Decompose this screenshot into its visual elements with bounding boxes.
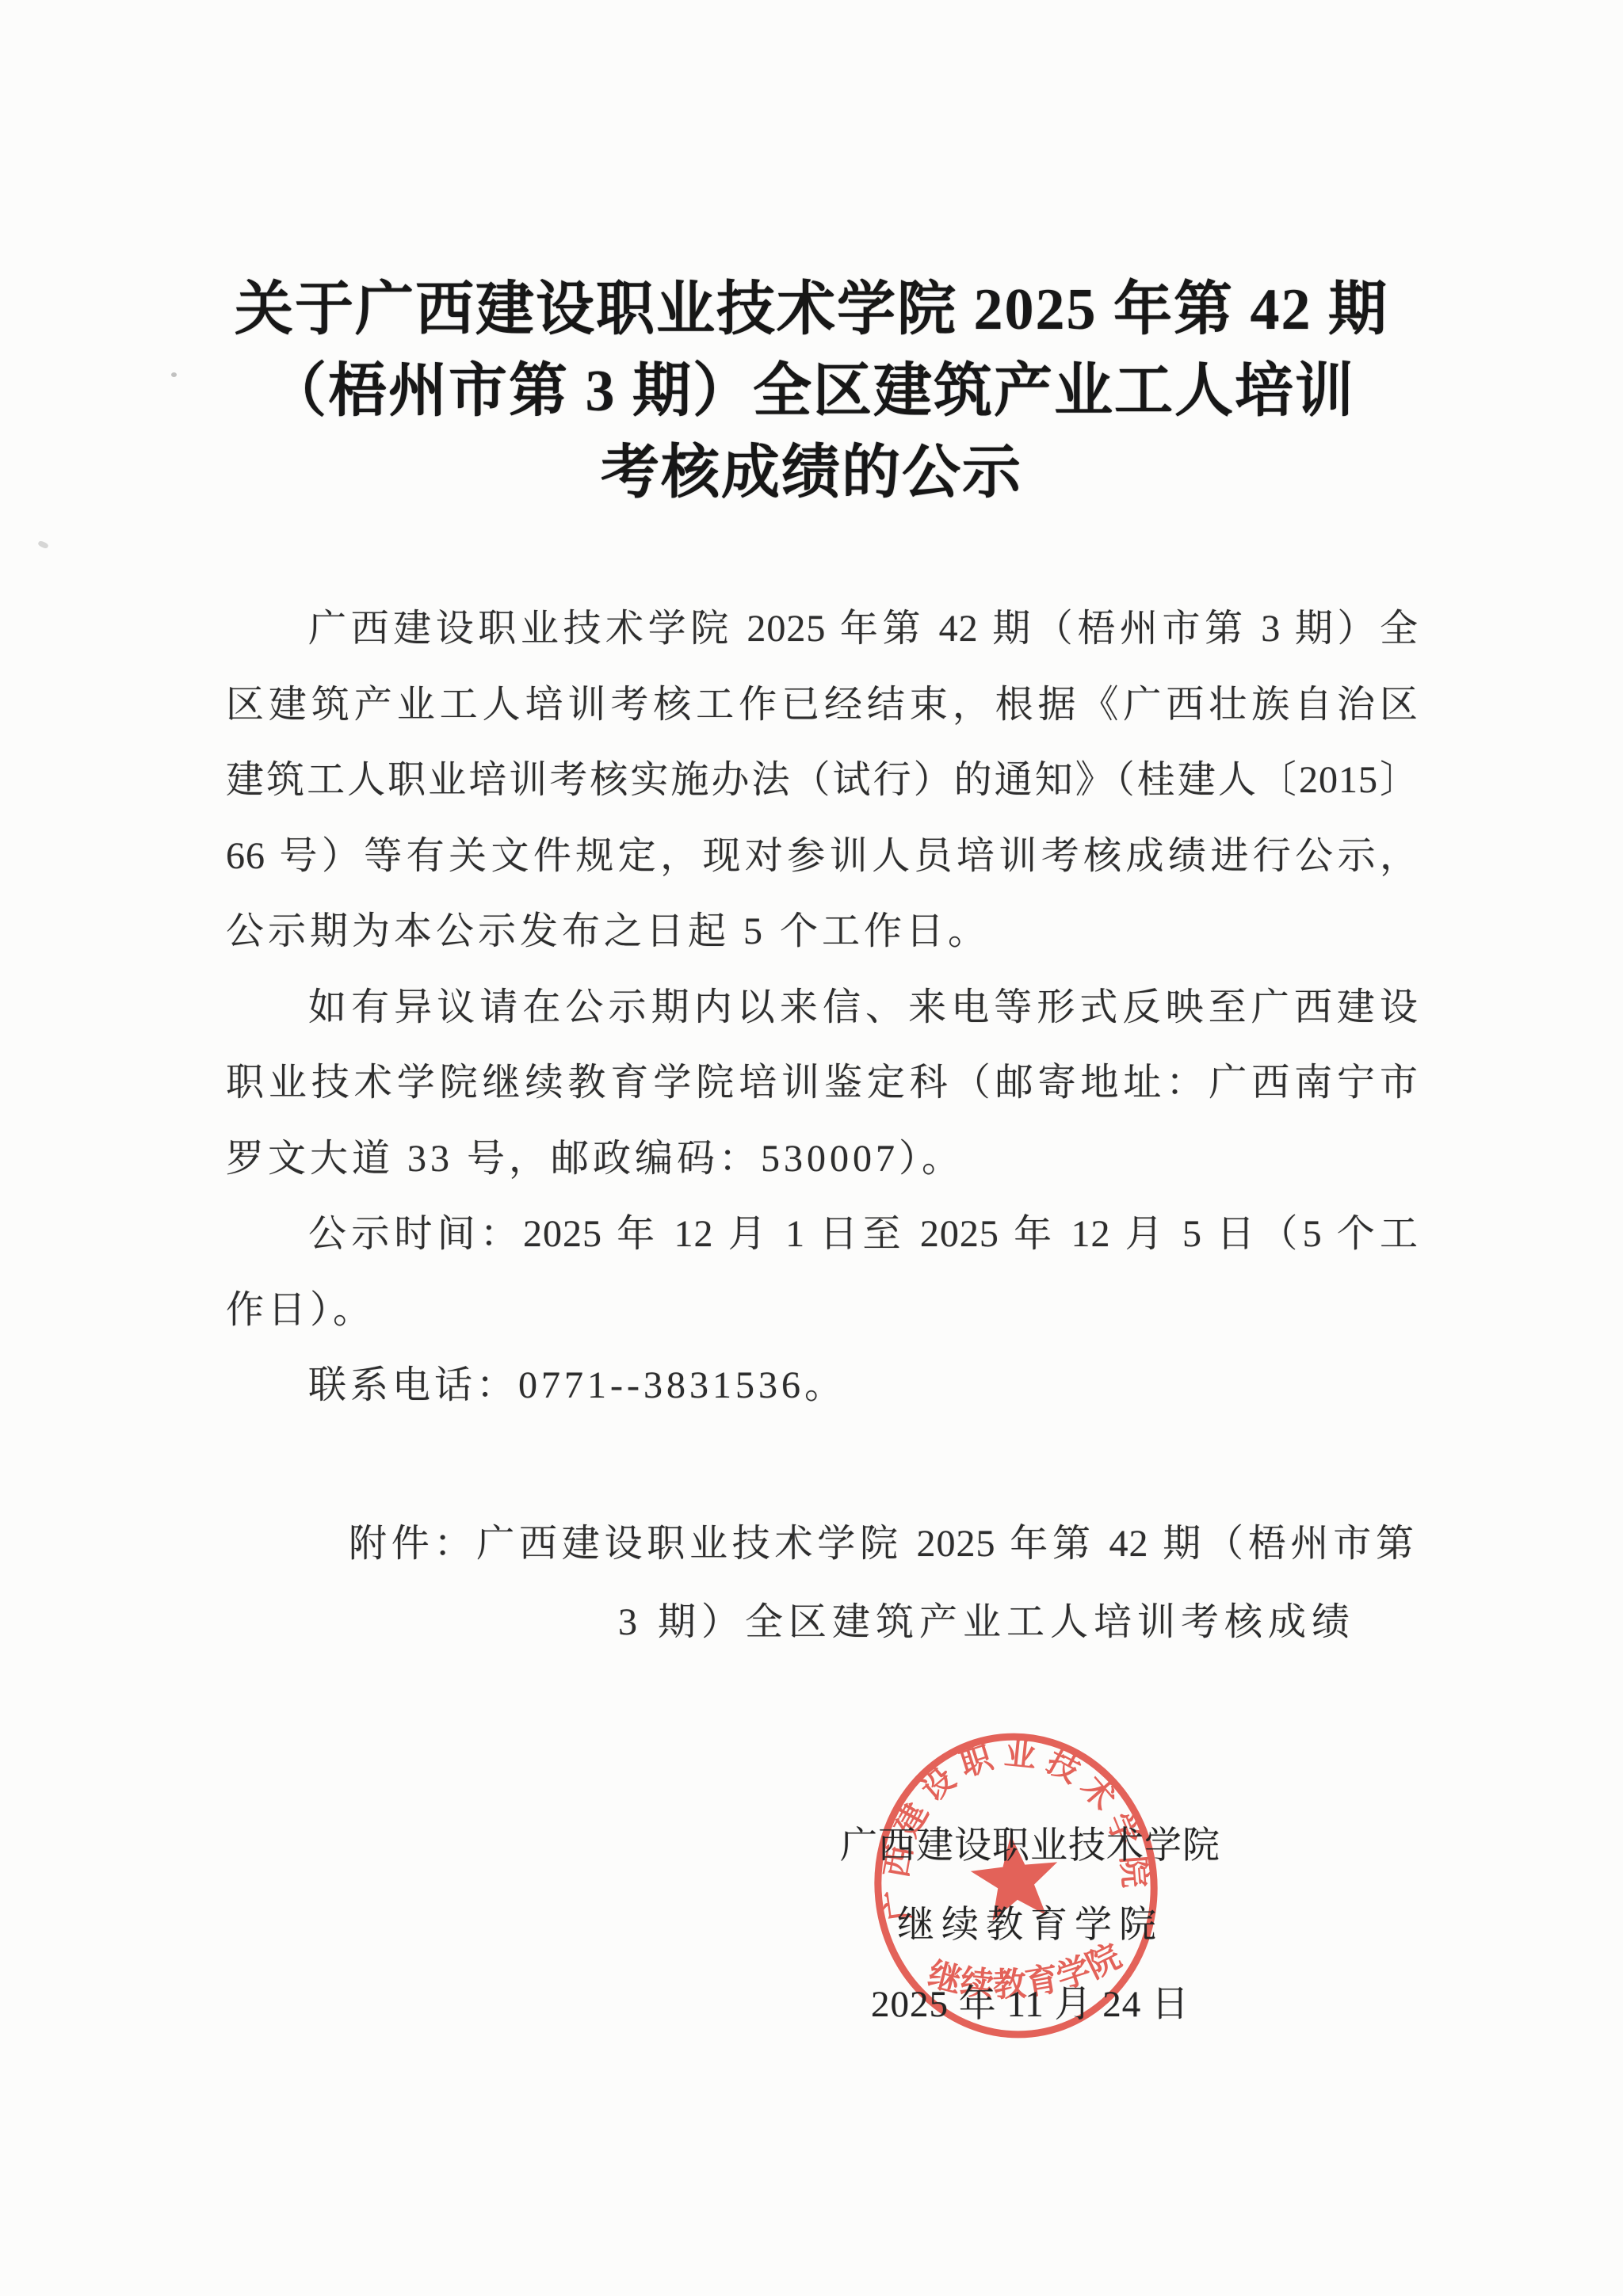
- title-line-1: 关于广西建设职业技术学院 2025 年第 42 期: [0, 269, 1623, 351]
- body-line: 公示时间：2025 年 12 月 1 日至 2025 年 12 月 5 日（5 …: [226, 1196, 1419, 1272]
- scanned-announcement-page: 关于广西建设职业技术学院 2025 年第 42 期 （梧州市第 3 期）全区建筑…: [0, 0, 1623, 2296]
- body-line: 联系电话：0771--3831536。: [226, 1348, 1419, 1424]
- body-line: 广西建设职业技术学院 2025 年第 42 期（梧州市第 3 期）全: [226, 591, 1419, 667]
- signature-org-line-2: 继续教育学院: [753, 1886, 1308, 1965]
- body-line: 职业技术学院继续教育学院培训鉴定科（邮寄地址：广西南宁市: [226, 1045, 1419, 1121]
- body-line: 66 号）等有关文件规定，现对参训人员培训考核成绩进行公示，: [226, 818, 1419, 894]
- attachment-note: 附件：广西建设职业技术学院 2025 年第 42 期（梧州市第 3 期）全区建筑…: [349, 1505, 1415, 1661]
- body-line: 罗文大道 33 号，邮政编码：530007）。: [226, 1121, 1419, 1197]
- body-line: 作日）。: [226, 1272, 1419, 1348]
- body-line: 如有异议请在公示期内以来信、来电等形式反映至广西建设: [226, 970, 1419, 1046]
- title-line-2: （梧州市第 3 期）全区建筑产业工人培训: [0, 351, 1623, 433]
- attachment-line-2: 3 期）全区建筑产业工人培训考核成绩: [618, 1583, 1415, 1661]
- signature-date: 2025 年 11 月 24 日: [753, 1965, 1308, 2044]
- document-title: 关于广西建设职业技术学院 2025 年第 42 期 （梧州市第 3 期）全区建筑…: [0, 269, 1623, 514]
- attachment-line-1: 附件：广西建设职业技术学院 2025 年第 42 期（梧州市第: [349, 1505, 1415, 1583]
- signature-block: 广西建设职业技术学院 继续教育学院 2025 年 11 月 24 日: [753, 1806, 1308, 2044]
- scan-artifact: [37, 540, 49, 550]
- title-line-3: 考核成绩的公示: [0, 433, 1623, 514]
- signature-org-line-1: 广西建设职业技术学院: [753, 1806, 1308, 1886]
- body-line: 区建筑产业工人培训考核工作已经结束，根据《广西壮族自治区: [226, 667, 1419, 743]
- body-line: 公示期为本公示发布之日起 5 个工作日。: [226, 894, 1419, 970]
- body-line: 建筑工人职业培训考核实施办法（试行）的通知》（桂建人〔2015〕: [226, 742, 1419, 818]
- document-body: 广西建设职业技术学院 2025 年第 42 期（梧州市第 3 期）全 区建筑产业…: [226, 591, 1419, 1424]
